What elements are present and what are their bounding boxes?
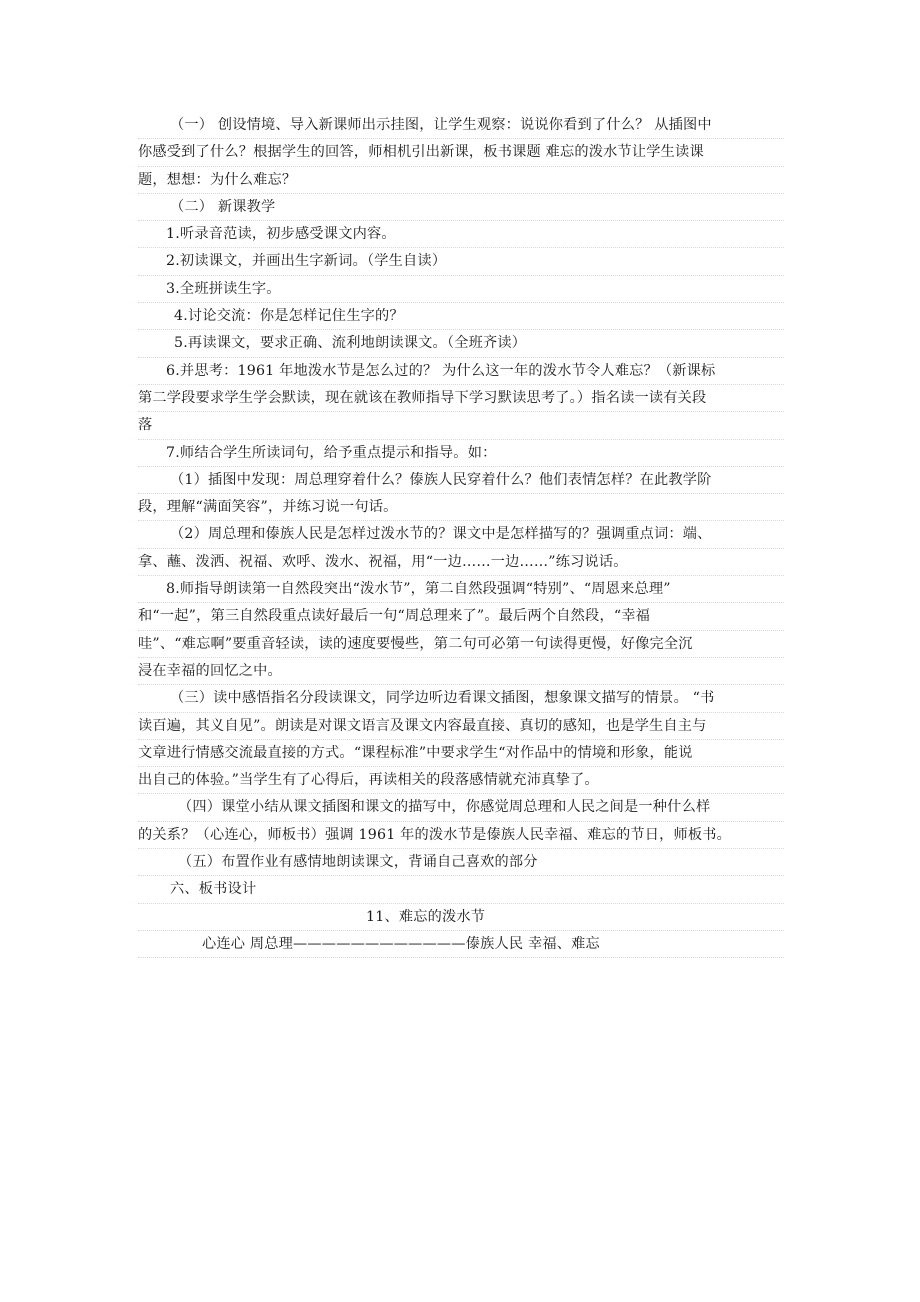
step-4: 4.讨论交流：你是怎样记住生字的？ bbox=[138, 303, 784, 330]
step-8-cont: 哇”、“难忘啊”要重音轻读，读的速度要慢些，第二句可必第一句读得更慢，好像完全沉 bbox=[138, 631, 784, 658]
step-7-sub-1-cont: 段，理解“满面笑容”，并练习说一句话。 bbox=[138, 494, 784, 521]
section-1-intro-cont: 你感受到了什么？根据学生的回答，师相机引出新课，板书课题 难忘的泼水节让学生读课 bbox=[138, 139, 784, 166]
step-6-cont: 落 bbox=[138, 412, 784, 439]
section-3: （三）读中感悟指名分段读课文，同学边听边看课文插图，想象课文描写的情景。 “书 bbox=[138, 685, 784, 712]
step-6-cont: 第二学段要求学生学会默读，现在就该在教师指导下学习默读思考了。）指名读一读有关段 bbox=[138, 385, 784, 412]
section-3-cont: 出自己的体验。”当学生有了心得后，再读相关的段落感情就充沛真挚了。 bbox=[138, 767, 784, 794]
section-2-heading: （二） 新课教学 bbox=[138, 194, 784, 221]
document-page: （一） 创设情境、导入新课师出示挂图，让学生观察：说说你看到了什么？ 从插图中 … bbox=[138, 112, 784, 958]
section-4: （四）课堂小结从课文插图和课文的描写中，你感觉周总理和人民之间是一种什么样 bbox=[138, 794, 784, 821]
board-content: 心连心 周总理————————————傣族人民 幸福、难忘 bbox=[138, 931, 784, 958]
step-7: 7.师结合学生所读词句，给予重点提示和指导。如： bbox=[138, 440, 784, 467]
board-title: 11、难忘的泼水节 bbox=[138, 904, 784, 931]
section-5: （五）布置作业有感情地朗读课文，背诵自己喜欢的部分 bbox=[138, 849, 784, 876]
section-6-heading: 六、板书设计 bbox=[138, 876, 784, 903]
section-1-intro: （一） 创设情境、导入新课师出示挂图，让学生观察：说说你看到了什么？ 从插图中 bbox=[138, 112, 784, 139]
step-8-cont: 和“一起”，第三自然段重点读好最后一句“周总理来了”。最后两个自然段，“幸福 bbox=[138, 603, 784, 630]
step-8: 8.师指导朗读第一自然段突出“泼水节”，第二自然段强调“特别”、“周恩来总理” bbox=[138, 576, 784, 603]
section-4-cont: 的关系？（心连心，师板书）强调 1961 年的泼水节是傣族人民幸福、难忘的节日，… bbox=[138, 822, 784, 849]
step-7-sub-2: （2）周总理和傣族人民是怎样过泼水节的？课文中是怎样描写的？强调重点词：端、 bbox=[138, 521, 784, 548]
step-6: 6.并思考：1961 年地泼水节是怎么过的？ 为什么这一年的泼水节令人难忘？（新… bbox=[138, 358, 784, 385]
section-3-cont: 读百遍，其义自见”。朗读是对课文语言及课文内容最直接、真切的感知，也是学生自主与 bbox=[138, 713, 784, 740]
section-1-intro-cont: 题，想想：为什么难忘？ bbox=[138, 167, 784, 194]
step-7-sub-2-cont: 拿、蘸、泼洒、祝福、欢呼、泼水、祝福，用“一边……一边……”练习说话。 bbox=[138, 549, 784, 576]
step-7-sub-1: （1）插图中发现：周总理穿着什么？傣族人民穿着什么？他们表情怎样？在此教学阶 bbox=[138, 467, 784, 494]
step-8-cont: 浸在幸福的回忆之中。 bbox=[138, 658, 784, 685]
step-2: 2.初读课文，并画出生字新词。（学生自读） bbox=[138, 248, 784, 275]
step-3: 3.全班拼读生字。 bbox=[138, 276, 784, 303]
step-1: 1.听录音范读，初步感受课文内容。 bbox=[138, 221, 784, 248]
step-5: 5.再读课文，要求正确、流利地朗读课文。（全班齐读） bbox=[138, 330, 784, 357]
section-3-cont: 文章进行情感交流最直接的方式。“课程标准”中要求学生“对作品中的情境和形象，能说 bbox=[138, 740, 784, 767]
